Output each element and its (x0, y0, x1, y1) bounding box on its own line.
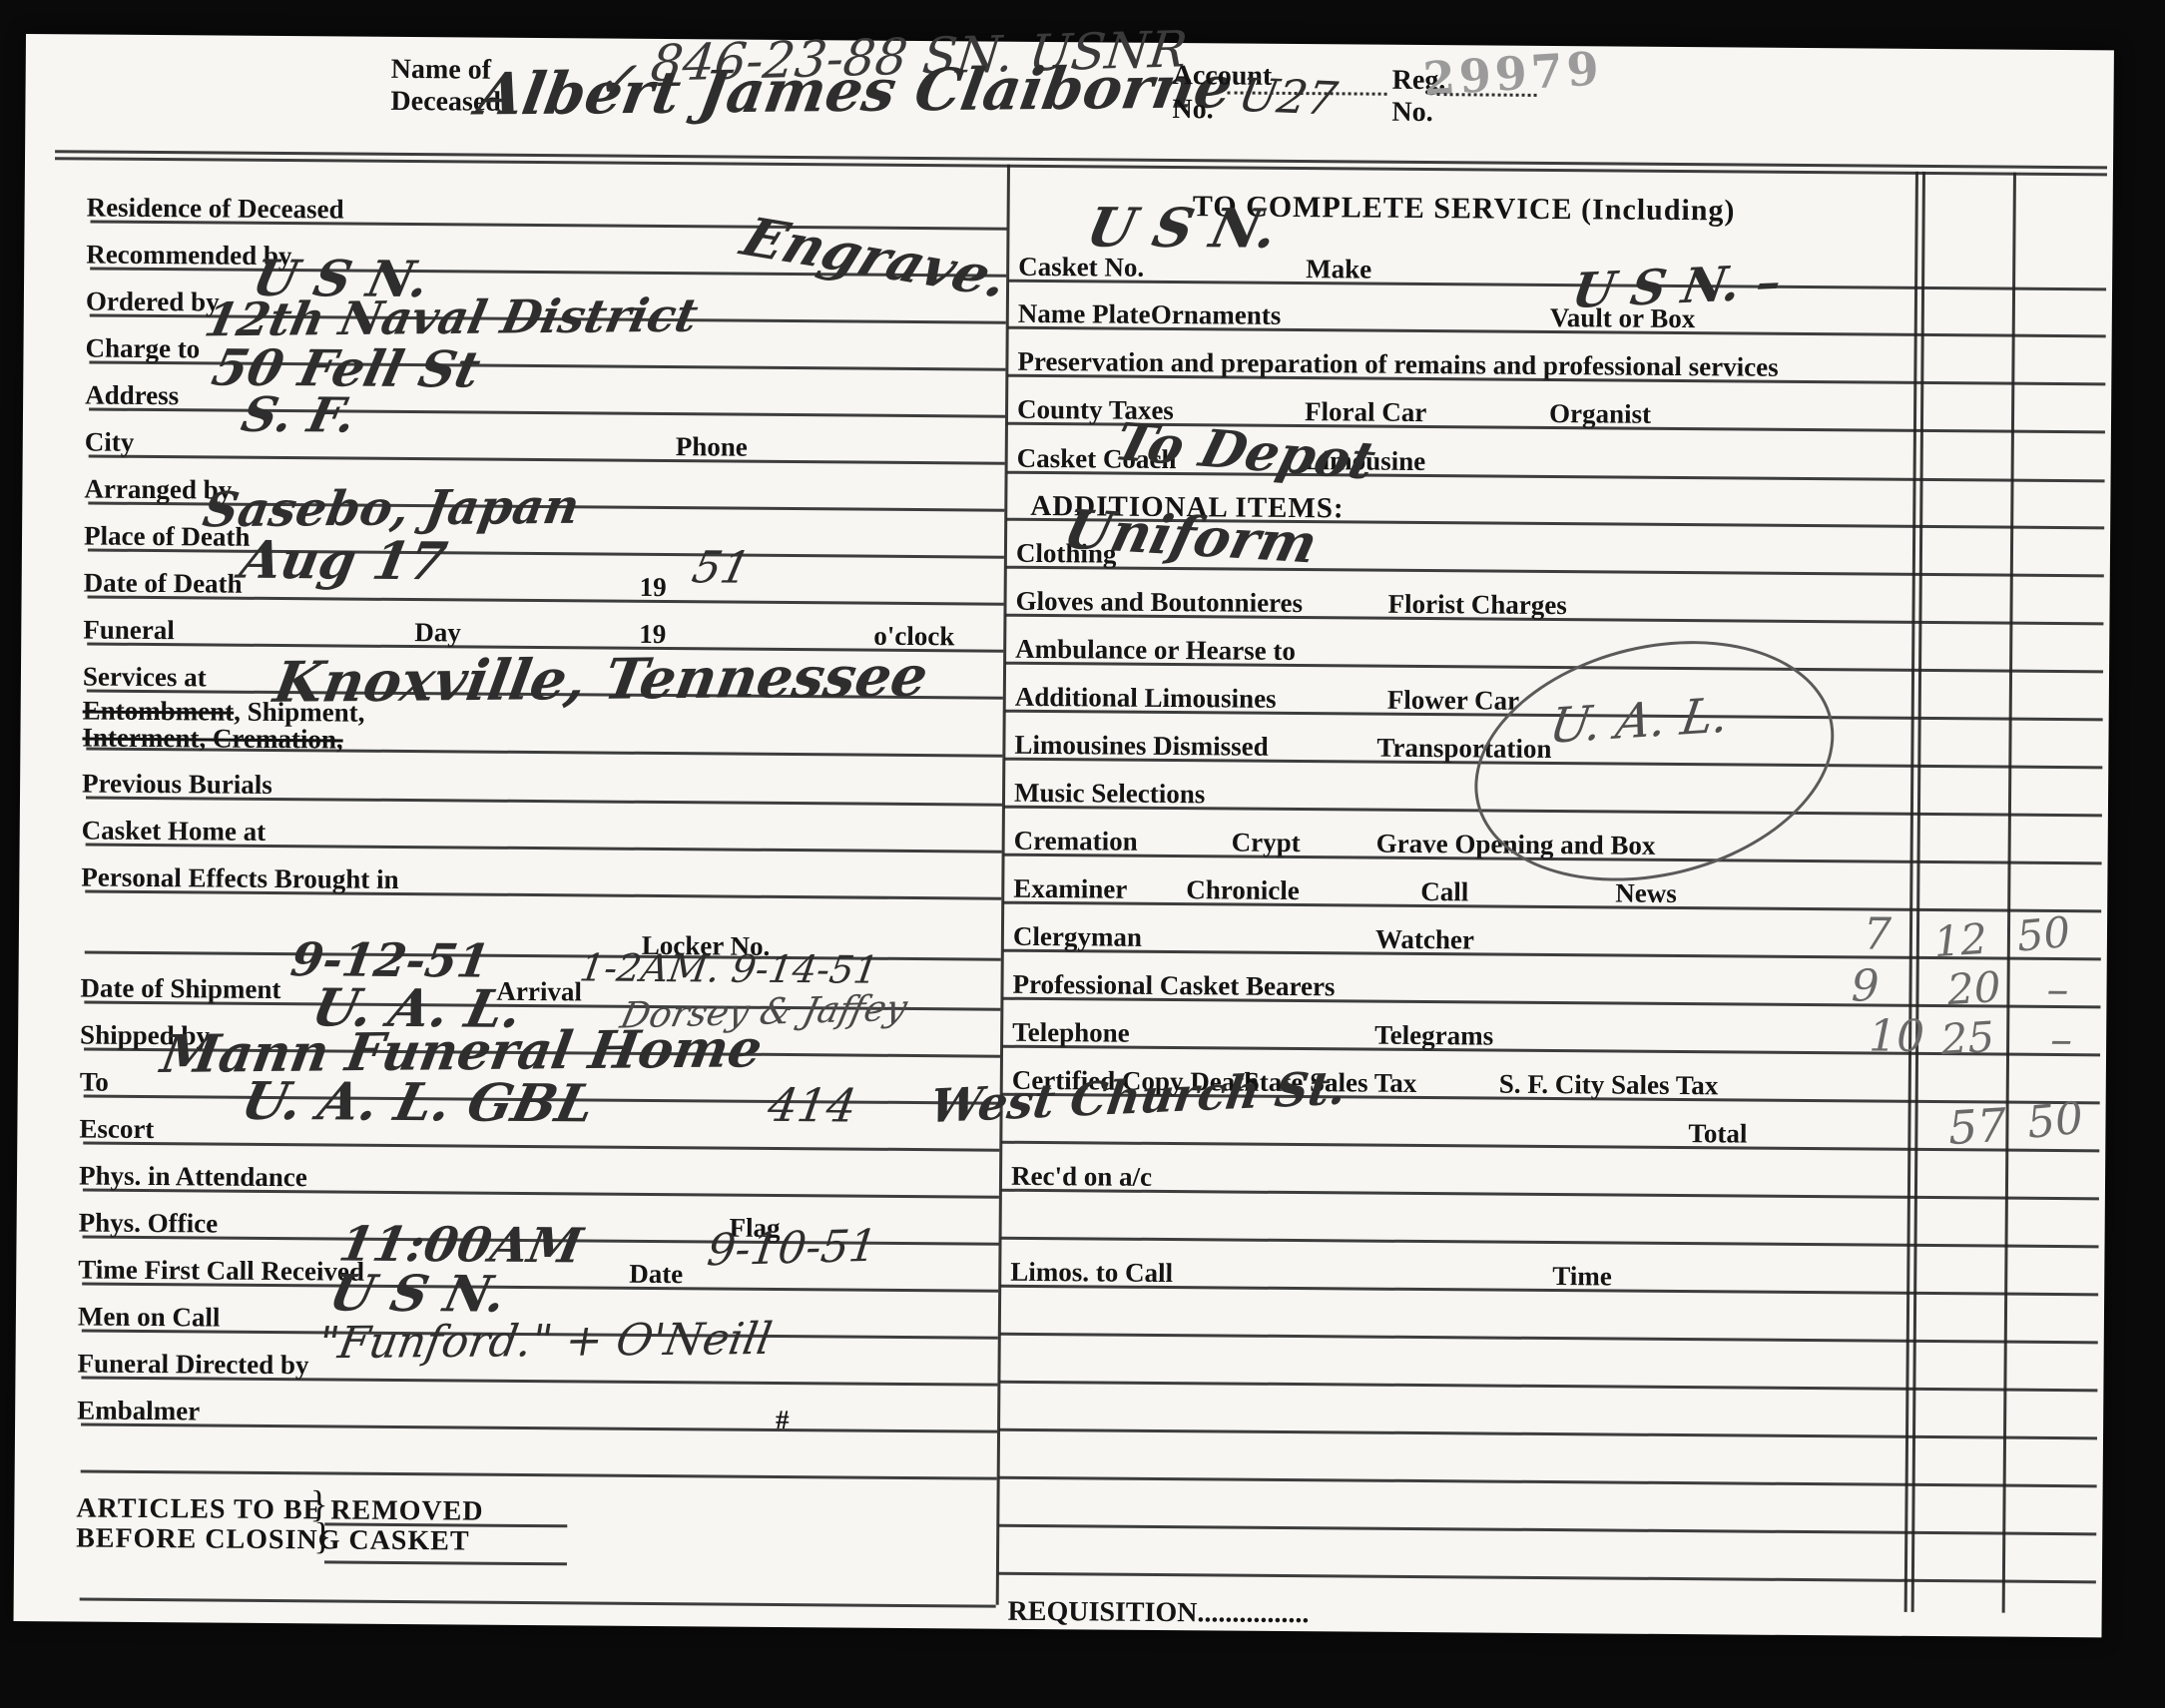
news-label: News (1615, 879, 1677, 908)
flower-car-label: Flower Car (1387, 686, 1519, 715)
embalmer-label: Embalmer (77, 1396, 200, 1424)
record-card: 846-23-88 SN. USNR Name of Deceased Albe… (14, 34, 2114, 1637)
check-mark: ✓ (595, 54, 637, 104)
rule (1005, 662, 2103, 674)
rule (81, 1376, 997, 1386)
rule (1003, 901, 2101, 913)
rule (1002, 997, 2100, 1009)
name-plate-handwriting: Engrave. (735, 210, 1017, 304)
date-of-death-year-prefix: 19 (640, 573, 667, 602)
date-of-death-label: Date of Death (84, 568, 243, 598)
money-cents-rule (2002, 173, 2016, 1613)
address-label: Address (85, 380, 179, 409)
rule (83, 1188, 999, 1198)
previous-burials-label: Previous Burials (82, 769, 272, 799)
phys-attendance-label: Phys. in Attendance (79, 1161, 307, 1191)
rule (1008, 280, 2106, 291)
arrival-handwriting: 1-2AM. 9-14-51 (578, 948, 881, 988)
cremation-label: Cremation (1014, 827, 1138, 855)
rule (88, 596, 1004, 606)
date-of-death-handwriting: Aug 17 (237, 535, 451, 589)
rule (1006, 566, 2104, 578)
personal-effects-label: Personal Effects Brought in (81, 862, 398, 893)
city-label: City (85, 427, 135, 456)
street-note-handwriting: West Church St. (927, 1064, 1349, 1129)
clergyman-qty: 7 (1864, 912, 1892, 956)
escort-handwriting: U. A. L. GBL (237, 1076, 598, 1131)
examiner-label: Examiner (1013, 874, 1127, 903)
escort-label: Escort (79, 1114, 154, 1143)
casket-no-handwriting: U S N. (1082, 200, 1282, 255)
articles-short-rule-2 (324, 1560, 567, 1565)
watcher-label: Watcher (1375, 925, 1474, 954)
phone-label: Phone (676, 432, 748, 461)
telephone-qty: 10 (1869, 1015, 1924, 1059)
vault-handwriting: U S N. – (1569, 258, 1785, 315)
transportation-circle (1449, 606, 1859, 915)
time-label: Time (1552, 1262, 1612, 1291)
deceased-name-handwriting: Albert James Claiborne (473, 58, 1236, 123)
total-dollars: 57 (1946, 1102, 2007, 1152)
telegrams-label: Telegrams (1374, 1021, 1493, 1050)
crypt-label: Crypt (1232, 829, 1301, 857)
telephone-dollars: 25 (1939, 1016, 1995, 1061)
escort-number-handwriting: 414 (765, 1082, 859, 1129)
rule (998, 1572, 2096, 1584)
name-plate-label: Name Plate (1018, 299, 1151, 328)
rule (999, 1381, 2097, 1393)
telephone-cents: – (2050, 1018, 2072, 1062)
rule (1001, 1237, 2099, 1249)
rule (999, 1476, 2097, 1488)
first-call-date-handwriting: 9-10-51 (705, 1225, 879, 1274)
city-handwriting: S. F. (238, 391, 360, 440)
rule (89, 455, 1005, 465)
call-label: Call (1420, 877, 1468, 906)
chronicle-label: Chronicle (1186, 875, 1300, 904)
requisition-label: REQUISITION................ (1008, 1597, 1310, 1629)
rule (85, 889, 1001, 899)
rule (83, 1141, 999, 1151)
rule (1001, 1189, 2099, 1201)
telephone-label: Telephone (1012, 1018, 1130, 1047)
date-label: Date (629, 1260, 683, 1289)
ornaments-label: Ornaments (1151, 300, 1282, 329)
day-label: Day (414, 618, 461, 647)
rule (86, 843, 1002, 853)
place-of-death-handwriting: Sasebo, Japan (200, 483, 583, 535)
bearers-qty: 9 (1851, 964, 1879, 1008)
men-on-call-handwriting: U S N. (325, 1268, 510, 1319)
recd-on-ac-label: Rec'd on a/c (1011, 1162, 1152, 1191)
rule (999, 1428, 2097, 1440)
rule (1002, 1045, 2100, 1057)
account-no-label: No. (1172, 95, 1213, 125)
ordered-by-label: Ordered by (86, 286, 220, 315)
organist-label: Organist (1549, 399, 1651, 428)
first-call-label: Time First Call Received (78, 1255, 364, 1286)
gloves-label: Gloves and Boutonnieres (1015, 587, 1303, 618)
total-cents: 50 (2025, 1097, 2085, 1146)
date-of-shipment-handwriting: 9-12-51 (288, 936, 493, 984)
to-label: To (80, 1067, 109, 1096)
rule (81, 1423, 997, 1432)
rule (86, 796, 1002, 806)
scanned-funeral-record: 846-23-88 SN. USNR Name of Deceased Albe… (0, 0, 2165, 1708)
clothing-handwriting: Uniform (1059, 502, 1323, 570)
floral-car-label: Floral Car (1305, 397, 1426, 426)
bearers-dollars: 20 (1946, 966, 2002, 1011)
additional-limousines-label: Additional Limousines (1015, 683, 1277, 713)
rule (81, 1469, 997, 1479)
music-selections-label: Music Selections (1014, 779, 1205, 809)
column-divider (996, 165, 1010, 1605)
date-of-death-year-handwriting: 51 (689, 546, 755, 590)
limos-to-call-label: Limos. to Call (1010, 1258, 1173, 1288)
rule (1001, 1141, 2099, 1153)
casket-home-label: Casket Home at (82, 816, 267, 846)
rule (1000, 1285, 2098, 1297)
bearers-label: Professional Casket Bearers (1012, 970, 1335, 1001)
left-bottom-rule (80, 1597, 996, 1607)
clergyman-dollars: 12 (1932, 918, 1988, 963)
clergyman-label: Clergyman (1013, 922, 1142, 951)
name-of-label: Name of (391, 55, 492, 85)
reg-no-label: No. (1391, 98, 1432, 128)
rule (82, 1282, 998, 1292)
city-sales-tax-label: S. F. City Sales Tax (1499, 1070, 1719, 1100)
date-of-shipment-label: Date of Shipment (80, 973, 280, 1003)
total-label: Total (1688, 1119, 1747, 1148)
men-on-call-label: Men on Call (78, 1302, 221, 1331)
articles-label-line2: BEFORE CLOSING CASKET (76, 1523, 470, 1555)
clergyman-cents: 50 (2015, 911, 2072, 958)
rule (998, 1524, 2096, 1536)
funeral-year-prefix: 19 (639, 620, 666, 649)
charge-to-label: Charge to (85, 333, 200, 362)
rule (88, 549, 1004, 559)
directed-by-handwriting: "Funford." + O'Neill (315, 1318, 776, 1366)
ambulance-label: Ambulance or Hearse to (1015, 635, 1296, 666)
directed-by-label: Funeral Directed by (77, 1349, 308, 1379)
bearers-cents: – (2046, 968, 2068, 1012)
account-no-handwriting: U27 (1235, 72, 1341, 122)
shipment-city-handwriting: Knoxville, Tennessee (271, 649, 932, 711)
phys-office-label: Phys. Office (79, 1208, 219, 1237)
charge-to-handwriting: 12th Naval District (202, 292, 702, 343)
limousines-dismissed-label: Limousines Dismissed (1014, 731, 1269, 761)
make-label: Make (1306, 255, 1371, 284)
residence-label: Residence of Deceased (87, 193, 344, 223)
articles-label-line1: ARTICLES TO BE REMOVED (76, 1493, 483, 1526)
rule (89, 408, 1005, 418)
services-at-label: Services at (83, 662, 207, 691)
rule (1000, 1333, 2098, 1345)
florist-charges-label: Florist Charges (1387, 590, 1566, 620)
funeral-label: Funeral (83, 615, 175, 644)
